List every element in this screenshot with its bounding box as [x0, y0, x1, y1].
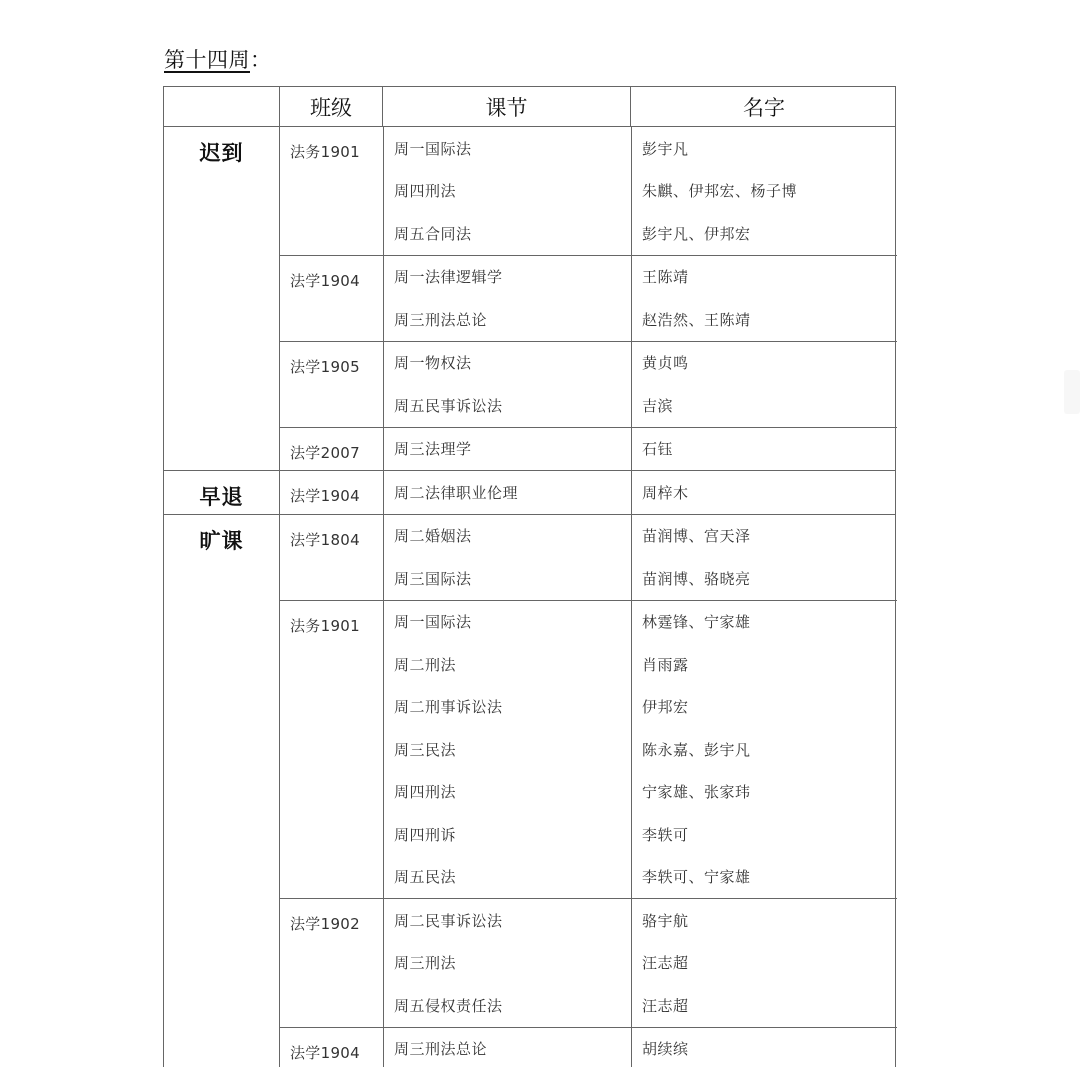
- class-group: 法务1901周一国际法周二刑法周二刑事诉讼法周三民法周四刑法周四刑诉周五民法林霆…: [280, 601, 897, 900]
- class-cell: 法学1904: [280, 256, 383, 341]
- names-cell: 林霆锋、宁家雄: [632, 601, 898, 644]
- lesson-cell: 周四刑法: [384, 771, 631, 814]
- scroll-handle[interactable]: [1064, 370, 1080, 414]
- names-column: 骆宇航汪志超汪志超: [631, 899, 898, 1027]
- lesson-cell: 周一国际法: [384, 601, 631, 644]
- lesson-cell: 周一法律逻辑学: [384, 256, 631, 299]
- header-class: 班级: [279, 87, 382, 126]
- lesson-column: 周一法律逻辑学周三刑法总论: [383, 256, 631, 341]
- names-cell: 周梓木: [632, 471, 898, 514]
- week-title-text: 第十四周: [164, 48, 250, 72]
- names-cell: 黄贞鸣: [632, 342, 898, 385]
- lesson-cell: 周四刑法: [384, 170, 631, 213]
- lesson-cell: 周五侵权责任法: [384, 984, 631, 1027]
- names-column: 黄贞鸣吉滨: [631, 342, 898, 427]
- lesson-cell: 周三民法: [384, 728, 631, 771]
- class-cell: 法学1902: [280, 899, 383, 1027]
- lesson-column: 周三刑法总论: [383, 1028, 631, 1067]
- section-1: 早退法学1904周二法律职业伦理周梓木: [163, 471, 896, 515]
- class-cell: 法学2007: [280, 428, 383, 471]
- lesson-cell: 周二民事诉讼法: [384, 899, 631, 942]
- header-names: 名字: [630, 87, 897, 126]
- class-group: 法务1901周一国际法周四刑法周五合同法彭宇凡朱麒、伊邦宏、杨子博彭宇凡、伊邦宏: [280, 127, 897, 256]
- class-group: 法学1804周二婚姻法周三国际法苗润博、宫天泽苗润博、骆晓亮: [280, 515, 897, 601]
- class-cell: 法学1904: [280, 1028, 383, 1067]
- lesson-cell: 周五民法: [384, 856, 631, 899]
- lesson-cell: 周五民事诉讼法: [384, 384, 631, 427]
- class-group: 法学1904周一法律逻辑学周三刑法总论王陈靖赵浩然、王陈靖: [280, 256, 897, 342]
- category-label: 迟到: [164, 127, 279, 470]
- names-cell: 彭宇凡、伊邦宏: [632, 212, 898, 255]
- category-label: 早退: [164, 471, 279, 514]
- week-title-colon: ：: [250, 48, 272, 72]
- names-cell: 汪志超: [632, 942, 898, 985]
- table-body: 迟到法务1901周一国际法周四刑法周五合同法彭宇凡朱麒、伊邦宏、杨子博彭宇凡、伊…: [163, 127, 896, 1067]
- lesson-cell: 周三刑法: [384, 942, 631, 985]
- names-cell: 赵浩然、王陈靖: [632, 298, 898, 341]
- names-cell: 苗润博、骆晓亮: [632, 557, 898, 600]
- attendance-table: 班级 课节 名字 迟到法务1901周一国际法周四刑法周五合同法彭宇凡朱麒、伊邦宏…: [163, 86, 896, 1067]
- names-column: 石钰: [631, 428, 898, 471]
- names-cell: 伊邦宏: [632, 686, 898, 729]
- class-groups: 法学1904周二法律职业伦理周梓木: [279, 471, 897, 514]
- names-cell: 李轶可: [632, 813, 898, 856]
- names-cell: 彭宇凡: [632, 127, 898, 170]
- lesson-cell: 周四刑诉: [384, 813, 631, 856]
- header-category: [164, 87, 279, 126]
- names-column: 林霆锋、宁家雄肖雨露伊邦宏陈永嘉、彭宇凡宁家雄、张家玮李轶可李轶可、宁家雄: [631, 601, 898, 899]
- section-2: 旷课法学1804周二婚姻法周三国际法苗润博、宫天泽苗润博、骆晓亮法务1901周一…: [163, 515, 896, 1067]
- lesson-cell: 周一国际法: [384, 127, 631, 170]
- names-cell: 李轶可、宁家雄: [632, 856, 898, 899]
- names-cell: 汪志超: [632, 984, 898, 1027]
- class-cell: 法务1901: [280, 127, 383, 255]
- class-groups: 法学1804周二婚姻法周三国际法苗润博、宫天泽苗润博、骆晓亮法务1901周一国际…: [279, 515, 897, 1067]
- names-cell: 宁家雄、张家玮: [632, 771, 898, 814]
- names-cell: 石钰: [632, 428, 898, 471]
- lesson-column: 周一物权法周五民事诉讼法: [383, 342, 631, 427]
- class-group: 法学1902周二民事诉讼法周三刑法周五侵权责任法骆宇航汪志超汪志超: [280, 899, 897, 1028]
- lesson-column: 周一国际法周二刑法周二刑事诉讼法周三民法周四刑法周四刑诉周五民法: [383, 601, 631, 899]
- names-cell: 朱麒、伊邦宏、杨子博: [632, 170, 898, 213]
- names-column: 苗润博、宫天泽苗润博、骆晓亮: [631, 515, 898, 600]
- lesson-column: 周三法理学: [383, 428, 631, 471]
- class-cell: 法务1901: [280, 601, 383, 899]
- header-lesson: 课节: [382, 87, 630, 126]
- lesson-cell: 周五合同法: [384, 212, 631, 255]
- names-column: 王陈靖赵浩然、王陈靖: [631, 256, 898, 341]
- class-groups: 法务1901周一国际法周四刑法周五合同法彭宇凡朱麒、伊邦宏、杨子博彭宇凡、伊邦宏…: [279, 127, 897, 470]
- class-cell: 法学1905: [280, 342, 383, 427]
- lesson-column: 周二法律职业伦理: [383, 471, 631, 514]
- names-cell: 胡续缤: [632, 1028, 898, 1067]
- lesson-column: 周二婚姻法周三国际法: [383, 515, 631, 600]
- names-cell: 肖雨露: [632, 643, 898, 686]
- names-column: 彭宇凡朱麒、伊邦宏、杨子博彭宇凡、伊邦宏: [631, 127, 898, 255]
- lesson-cell: 周二刑事诉讼法: [384, 686, 631, 729]
- category-label: 旷课: [164, 515, 279, 1067]
- names-cell: 骆宇航: [632, 899, 898, 942]
- lesson-cell: 周一物权法: [384, 342, 631, 385]
- class-group: 法学1904周三刑法总论胡续缤: [280, 1028, 897, 1067]
- lesson-column: 周二民事诉讼法周三刑法周五侵权责任法: [383, 899, 631, 1027]
- lesson-cell: 周三刑法总论: [384, 298, 631, 341]
- lesson-cell: 周二婚姻法: [384, 515, 631, 558]
- class-group: 法学2007周三法理学石钰: [280, 428, 897, 471]
- names-column: 胡续缤: [631, 1028, 898, 1067]
- class-group: 法学1904周二法律职业伦理周梓木: [280, 471, 897, 514]
- names-cell: 吉滨: [632, 384, 898, 427]
- lesson-cell: 周三国际法: [384, 557, 631, 600]
- names-cell: 王陈靖: [632, 256, 898, 299]
- names-cell: 苗润博、宫天泽: [632, 515, 898, 558]
- lesson-cell: 周二刑法: [384, 643, 631, 686]
- lesson-cell: 周二法律职业伦理: [384, 471, 631, 514]
- week-title: 第十四周：: [164, 44, 272, 74]
- names-column: 周梓木: [631, 471, 898, 514]
- names-cell: 陈永嘉、彭宇凡: [632, 728, 898, 771]
- class-group: 法学1905周一物权法周五民事诉讼法黄贞鸣吉滨: [280, 342, 897, 428]
- lesson-cell: 周三刑法总论: [384, 1028, 631, 1067]
- lesson-cell: 周三法理学: [384, 428, 631, 471]
- table-header: 班级 课节 名字: [163, 86, 896, 127]
- section-0: 迟到法务1901周一国际法周四刑法周五合同法彭宇凡朱麒、伊邦宏、杨子博彭宇凡、伊…: [163, 127, 896, 471]
- lesson-column: 周一国际法周四刑法周五合同法: [383, 127, 631, 255]
- class-cell: 法学1904: [280, 471, 383, 514]
- class-cell: 法学1804: [280, 515, 383, 600]
